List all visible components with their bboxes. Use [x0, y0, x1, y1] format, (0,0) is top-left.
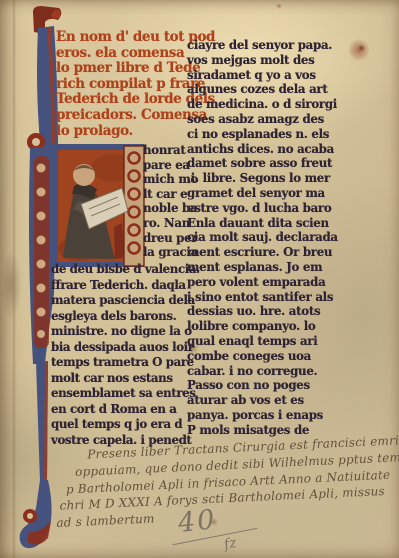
text-line: algunes cozes dela art	[187, 82, 353, 97]
text-line: panya. porcas i enaps	[187, 408, 353, 423]
miniature-panel	[52, 144, 144, 267]
rubric-line: preicadors. Comensa	[56, 108, 196, 124]
left-column-narrow: honratpare eamich molt car enoble baro. …	[143, 143, 191, 260]
text-line: siradamet q yo a vos	[187, 68, 353, 83]
text-line: Passo con no poges	[187, 378, 353, 393]
text-line: ro. Nan	[143, 216, 191, 231]
text-line: de medicina. o d sirorgi	[187, 97, 353, 112]
text-line: matera pasciencia dela	[51, 293, 191, 309]
parchment-crease	[12, 0, 16, 558]
shelfmark: 40 fz	[178, 506, 216, 537]
text-line: cabar. i no corregue.	[187, 364, 353, 379]
text-line: ensemblamet sa entres	[51, 386, 191, 402]
text-line: aturar ab vos et es	[187, 393, 353, 408]
text-line: antichs dices. no acaba	[187, 142, 353, 157]
right-column: ciayre del senyor papa.vos mejgas molt d…	[187, 38, 353, 438]
rubric-line: lo pmer libre d Tede	[56, 61, 196, 77]
stain	[276, 3, 282, 9]
text-line: gramet del senyor ma	[187, 186, 353, 201]
text-line: damet sobre asso freut	[187, 156, 353, 171]
rubric-line: eros. ela comensa	[56, 46, 196, 62]
text-line: lt car e	[143, 187, 191, 202]
text-line: mich mo	[143, 172, 191, 187]
text-line: ciayre del senyor papa.	[187, 38, 353, 53]
text-line: ment escriure. Or breu	[187, 245, 353, 260]
text-line: noble ba	[143, 201, 191, 216]
text-line: temps trametra O pare	[51, 355, 191, 371]
text-line: de deu bisbe d valencia.	[51, 262, 191, 278]
ex-libris-annotation: Presens liber Tractans Cirurgia est fran…	[53, 432, 399, 532]
text-line: bia dessipada auos loir	[51, 340, 191, 356]
text-line: estre vgo. d lucha baro	[187, 201, 353, 216]
rubric-incipit: En nom d' deu tot poderos. ela comensalo…	[56, 30, 196, 139]
text-line: .i. libre. Segons lo mer	[187, 171, 353, 186]
text-line: i sino entot santifer als	[187, 290, 353, 305]
text-line: dessias uo. hre. atots	[187, 304, 353, 319]
text-line: ffrare Tederich. daqla	[51, 278, 191, 294]
text-line: pare ea	[143, 158, 191, 173]
text-line: ministre. no digne la o	[51, 324, 191, 340]
rubric-line: rich compilat p frare	[56, 77, 196, 93]
text-line: Enla dauant dita scien	[187, 216, 353, 231]
text-line: combe coneges uoa	[187, 349, 353, 364]
shelfmark-number: 40	[176, 504, 217, 539]
text-line: en cort d Roma en a	[51, 402, 191, 418]
text-line: vos mejgas molt des	[187, 53, 353, 68]
text-line: qual enaql temps ari	[187, 334, 353, 349]
text-line: dreu per	[143, 231, 191, 246]
shelfmark-suffix: fz	[222, 535, 238, 553]
left-column-wide: de deu bisbe d valencia.ffrare Tederich.…	[51, 262, 191, 448]
rubric-line: En nom d' deu tot pod	[56, 30, 196, 46]
text-line: cia molt sauj. declarada	[187, 230, 353, 245]
text-line: quel temps q jo era d	[51, 417, 191, 433]
text-line: soes asabz amagz des	[187, 112, 353, 127]
manuscript-page: En nom d' deu tot poderos. ela comensalo…	[0, 0, 399, 558]
stain	[358, 44, 365, 52]
text-line: la gracia	[143, 245, 191, 260]
text-line: esgleya dels barons.	[51, 309, 191, 325]
rubric-line: Tederich de lorde dels	[56, 92, 196, 108]
text-line: ment esplanas. Jo em	[187, 260, 353, 275]
text-line: pero volent emparada	[187, 275, 353, 290]
text-line: ci no esplanades n. els	[187, 127, 353, 142]
rubric-line: lo prolago.	[56, 124, 196, 140]
text-line: lolibre companyo. lo	[187, 319, 353, 334]
text-line: honrat	[143, 143, 191, 158]
text-line: molt car nos estans	[51, 371, 191, 387]
